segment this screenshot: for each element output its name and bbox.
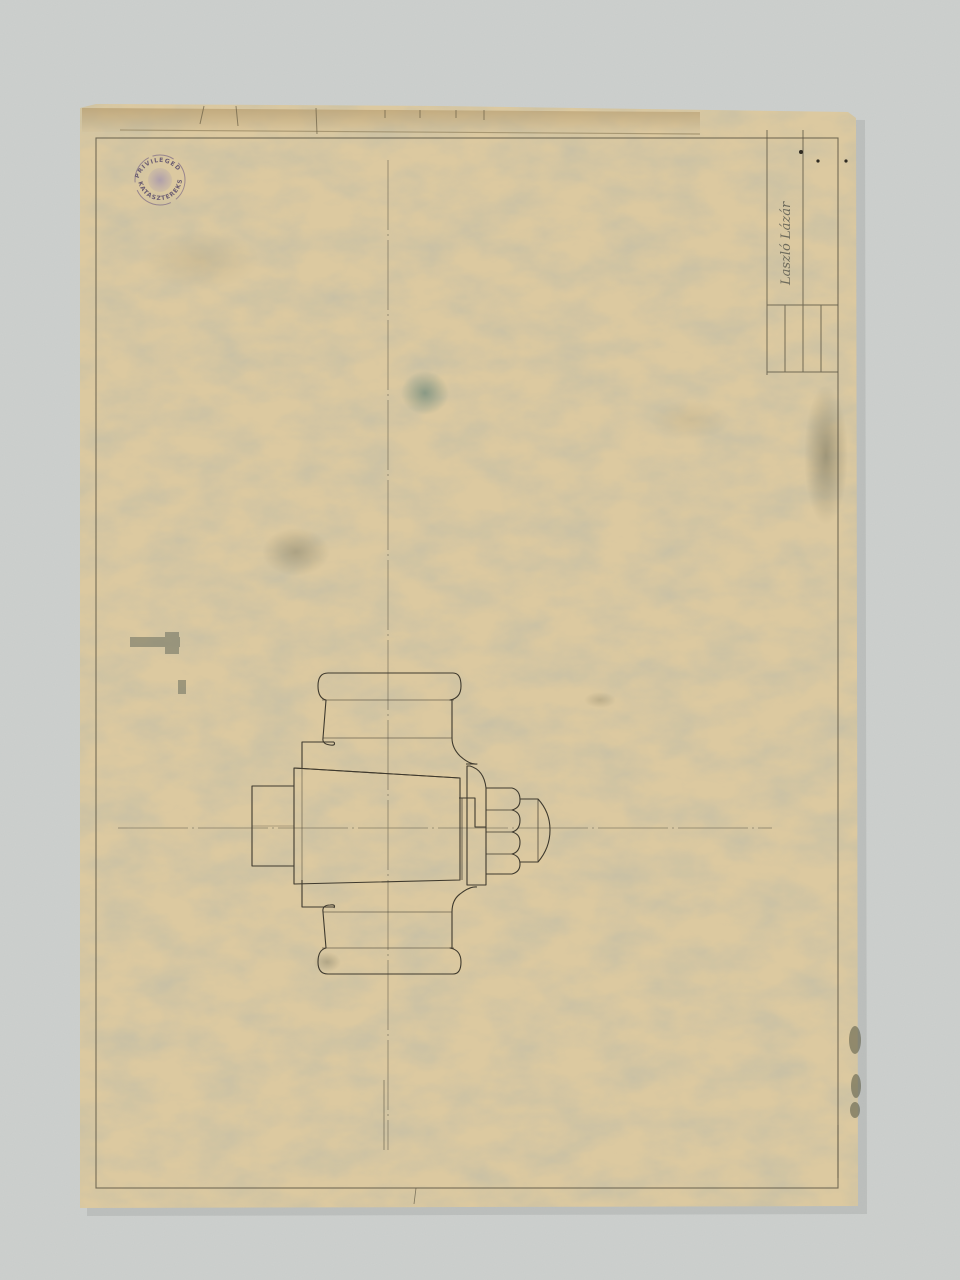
photo-scene: Laszló Lázár PRIVILEGED KATASZTEREKSZT [0,0,960,1280]
title-block-signature: Laszló Lázár [779,201,794,286]
